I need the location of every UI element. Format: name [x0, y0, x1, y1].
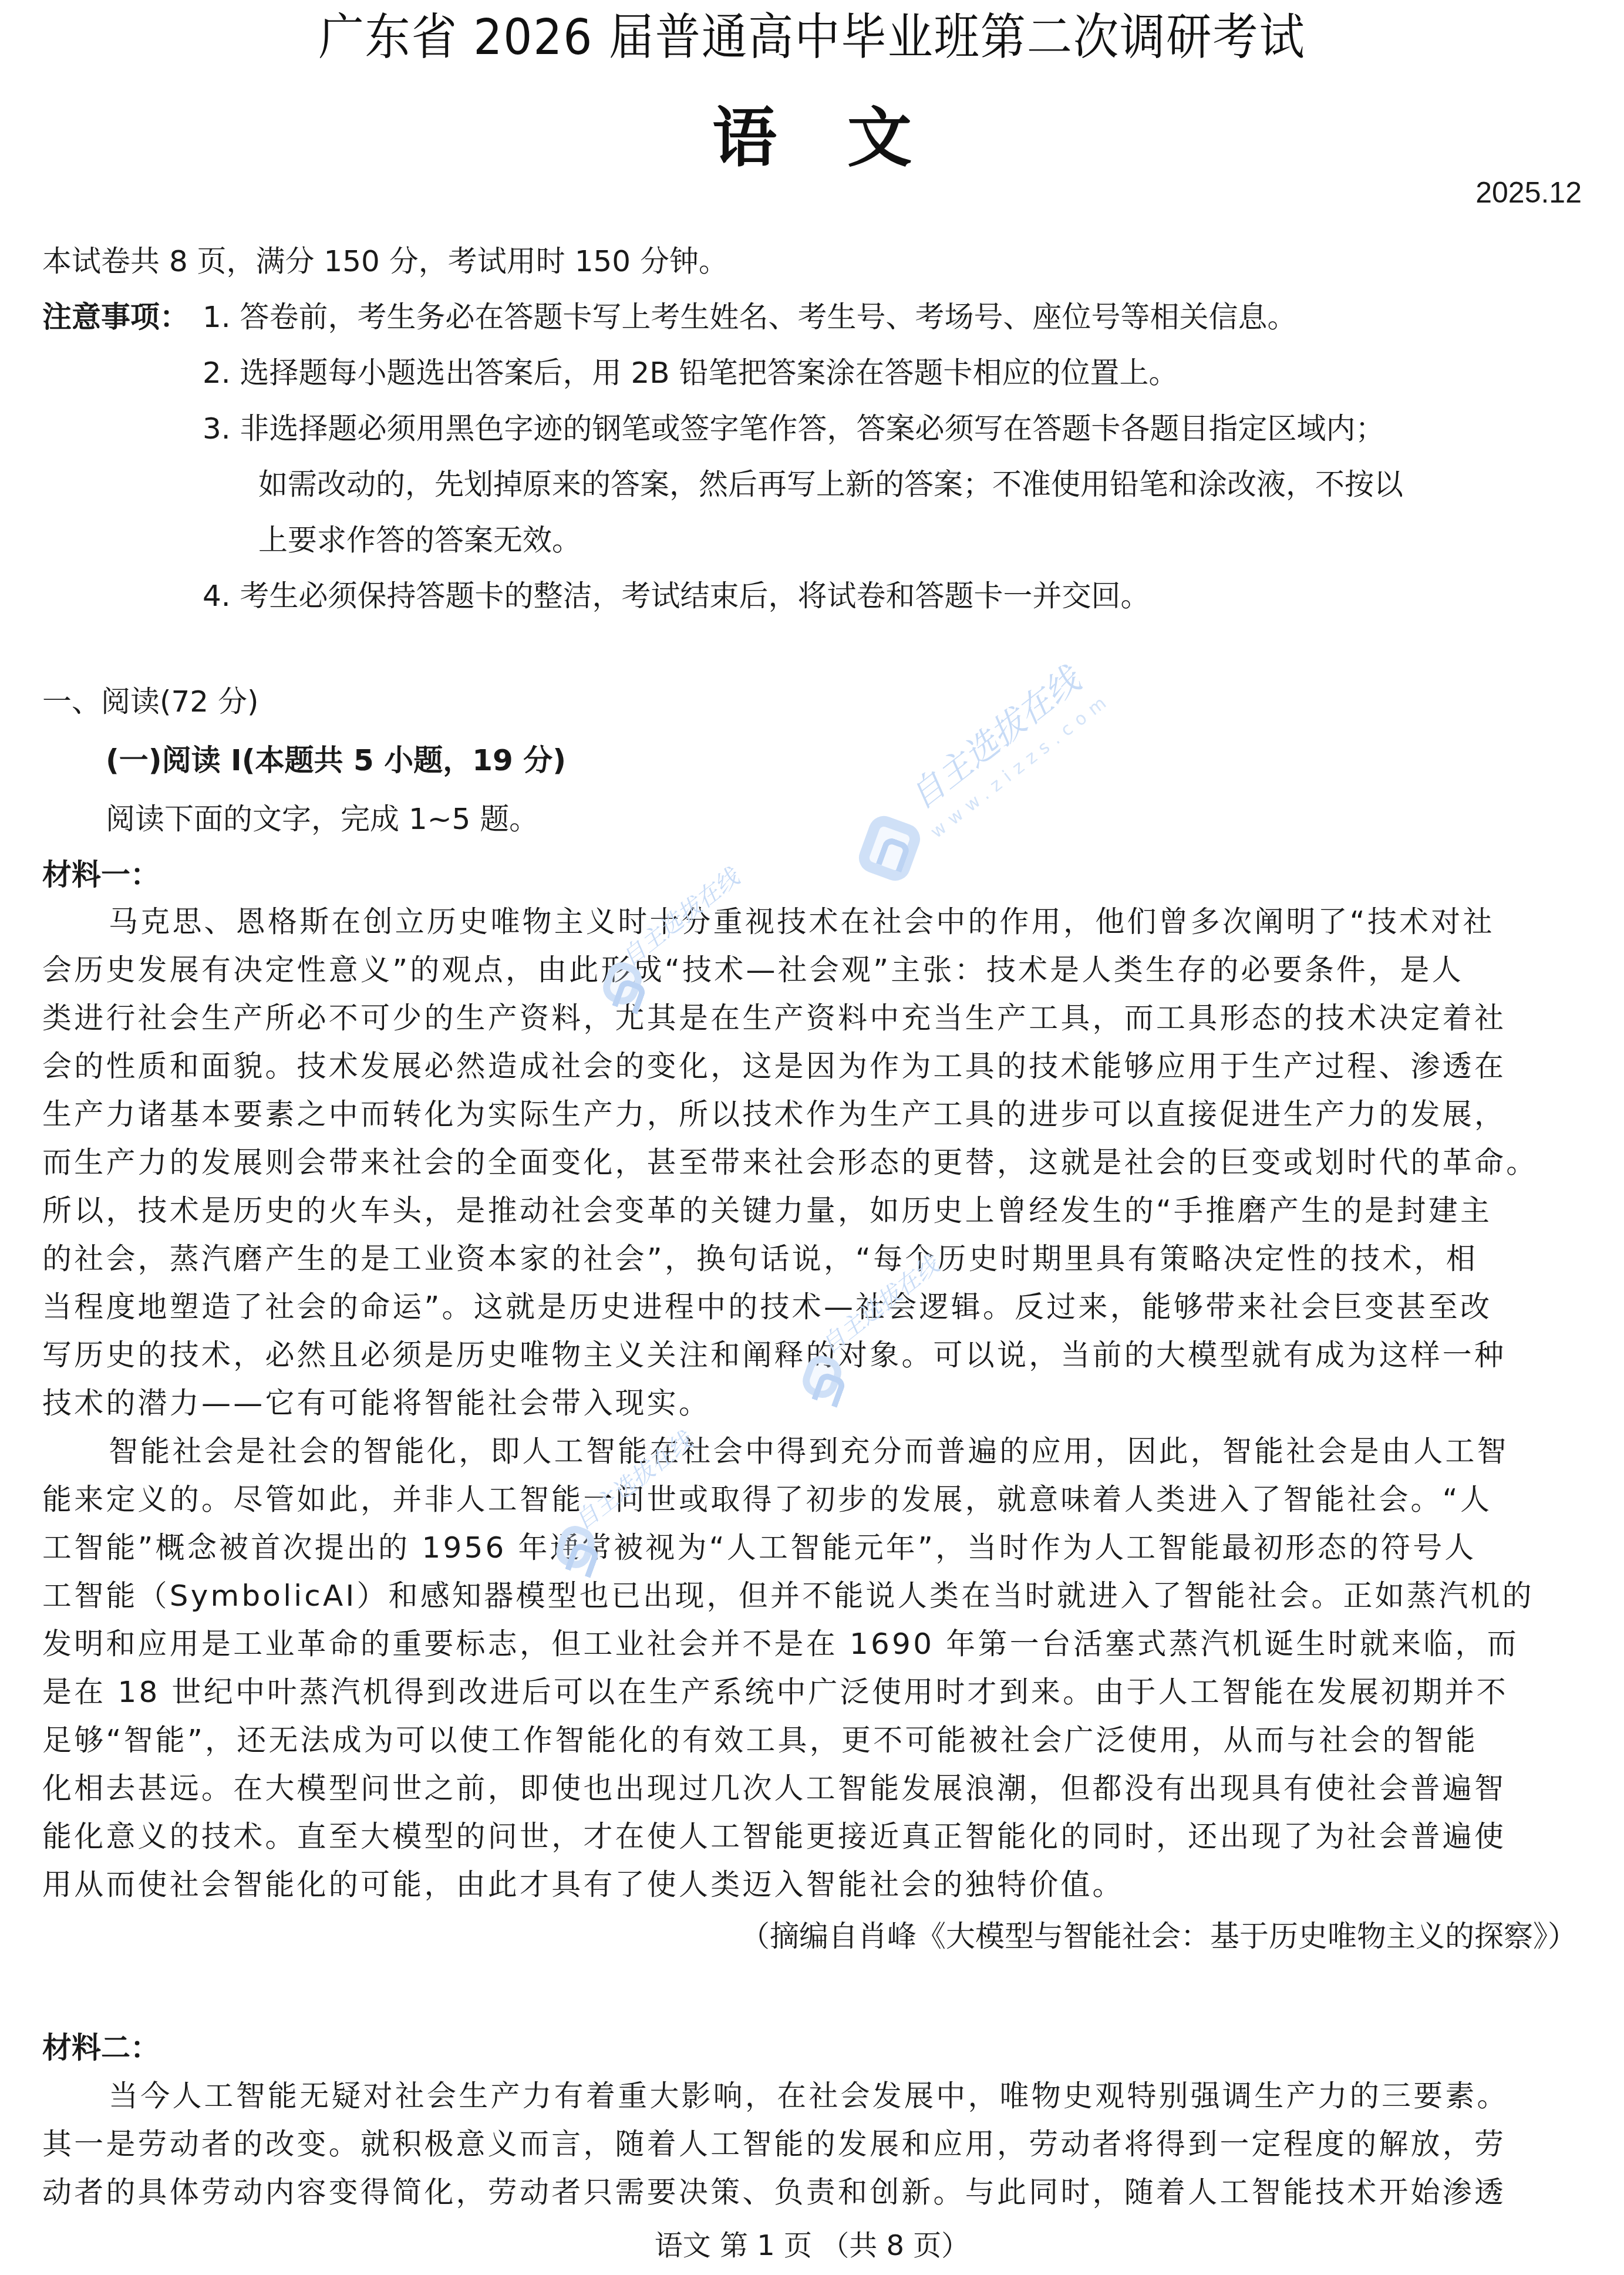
- material-1-line: 能化意义的技术。直至大模型的问世，才在使人工智能更接近真正智能化的同时，还出现了…: [42, 1813, 1506, 1860]
- watermark-brand: 自主选拔在线: [897, 654, 1089, 818]
- exam-date: 2025.12: [1475, 172, 1582, 213]
- material-1-line: 会的性质和面貌。技术发展必然造成社会的变化，这是因为作为工具的技术能够应用于生产…: [42, 1043, 1506, 1090]
- material-1-label: 材料一：: [42, 851, 160, 898]
- material-1-line: 类进行社会生产所必不可少的生产资料，尤其是在生产资料中充当生产工具，而工具形态的…: [42, 995, 1506, 1042]
- notice-label: 注意事项：: [42, 294, 189, 341]
- material-1-line: 马克思、恩格斯在创立历史唯物主义时十分重视技术在社会中的作用，他们曾多次阐明了“…: [109, 898, 1495, 945]
- material-1-line: 能来定义的。尽管如此，并非人工智能一问世或取得了初步的发展，就意味着人类进入了智…: [42, 1476, 1492, 1523]
- material-1-line: 写历史的技术，必然且必须是历史唯物主义关注和阐释的对象。可以说，当前的大模型就有…: [42, 1332, 1506, 1379]
- material-1-line: 是在 18 世纪中叶蒸汽机得到改进后可以在生产系统中广泛使用时才到来。由于人工智…: [42, 1669, 1508, 1715]
- material-2-line: 动者的具体劳动内容变得简化，劳动者只需要决策、负责和创新。与此同时，随着人工智能…: [42, 2169, 1506, 2216]
- material-1-line: 化相去甚远。在大模型问世之前，即使也出现过几次人工智能发展浪潮，但都没有出现具有…: [42, 1765, 1506, 1812]
- exam-title: 广东省 2026 届普通高中毕业班第二次调研考试: [65, 5, 1559, 69]
- material-1-line: 工智能（SymbolicAI）和感知器模型也已出现，但并不能说人类在当时就进入了…: [42, 1572, 1534, 1619]
- material-1-line: 而生产力的发展则会带来社会的全面变化，甚至带来社会形态的更替，这就是社会的巨变或…: [42, 1139, 1538, 1186]
- notice-item-2: 2. 选择题每小题选出答案后，用 2B 铅笔把答案涂在答题卡相应的位置上。: [203, 349, 1178, 396]
- exam-intro: 本试卷共 8 页，满分 150 分，考试用时 150 分钟。: [42, 238, 728, 285]
- notice-item-1: 1. 答卷前，考生务必在答题卡写上考生姓名、考生号、考场号、座位号等相关信息。: [203, 294, 1297, 341]
- watermark-logo-icon: [855, 812, 925, 885]
- material-1-line: 用从而使社会智能化的可能，由此才具有了使人类迈入智能社会的独特价值。: [42, 1861, 1124, 1908]
- material-2-line: 其一是劳动者的改变。就积极意义而言，随着人工智能的发展和应用，劳动者将得到一定程…: [42, 2121, 1506, 2168]
- material-2-line: 当今人工智能无疑对社会生产力有着重大影响，在社会发展中，唯物史观特别强调生产力的…: [109, 2072, 1509, 2119]
- material-2-label: 材料二：: [42, 2024, 160, 2071]
- material-1-source: （摘编自肖峰《大模型与智能社会：基于历史唯物主义的探察》）: [740, 1913, 1577, 1960]
- material-1-line: 的社会，蒸汽磨产生的是工业资本家的社会”，换句话说，“每个历史时期里具有策略决定…: [42, 1235, 1478, 1282]
- section-subheading: (一)阅读 I(本题共 5 小题，19 分): [106, 737, 566, 784]
- material-1-line: 智能社会是社会的智能化，即人工智能在社会中得到充分而普遍的应用，因此，智能社会是…: [109, 1428, 1509, 1475]
- material-1-line: 生产力诸基本要素之中而转化为实际生产力，所以技术作为生产工具的进步可以直接促进生…: [42, 1091, 1506, 1138]
- material-1-line: 技术的潜力——它有可能将智能社会带入现实。: [42, 1380, 710, 1427]
- reading-prompt: 阅读下面的文字，完成 1~5 题。: [106, 796, 538, 842]
- notice-item-4: 4. 考生必须保持答题卡的整洁，考试结束后，将试卷和答题卡一并交回。: [203, 572, 1150, 619]
- page-footer: 语文 第 1 页 （共 8 页）: [0, 2225, 1624, 2266]
- material-1-line: 发明和应用是工业革命的重要标志，但工业社会并不是在 1690 年第一台活塞式蒸汽…: [42, 1620, 1519, 1667]
- material-1-line: 工智能”概念被首次提出的 1956 年通常被视为“人工智能元年”，当时作为人工智…: [42, 1524, 1477, 1571]
- notice-item-3-end: 上要求作答的答案无效。: [258, 517, 581, 564]
- notice-item-3: 3. 非选择题必须用黑色字迹的钢笔或签字笔作答，答案必须写在答题卡各题目指定区域…: [203, 405, 1385, 452]
- notice-item-3-cont: 如需改动的，先划掉原来的答案，然后再写上新的答案；不准使用铅笔和涂改液，不按以: [258, 461, 1403, 508]
- material-1-line: 会历史发展有决定性意义”的观点，由此形成“技术—社会观”主张：技术是人类生存的必…: [42, 946, 1464, 993]
- subject-title: 语文: [0, 100, 1624, 176]
- material-1-line: 足够“智能”，还无法成为可以使工作智能化的有效工具，更不可能被社会广泛使用，从而…: [42, 1717, 1478, 1764]
- material-1-line: 当程度地塑造了社会的命运”。这就是历史进程中的技术—社会逻辑。反过来，能够带来社…: [42, 1283, 1492, 1330]
- material-1-line: 所以，技术是历史的火车头，是推动社会变革的关键力量，如历史上曾经发生的“手推磨产…: [42, 1187, 1492, 1234]
- section-heading: 一、阅读(72 分): [42, 678, 259, 725]
- watermark-url: www.zizzs.com: [926, 689, 1116, 842]
